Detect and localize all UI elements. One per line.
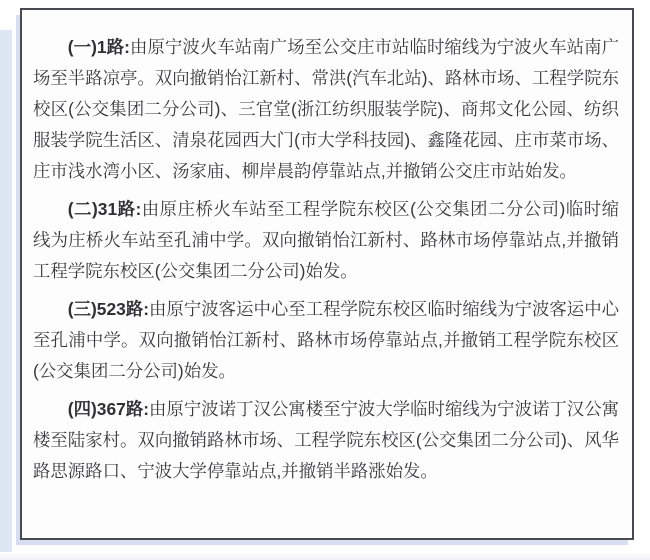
notice-box: (一)1路:由原宁波火车站南广场至公交庄市站临时缩线为宁波火车站南广场至半路凉亭… bbox=[20, 8, 634, 540]
route-1-body: 由原宁波火车站南广场至公交庄市站临时缩线为宁波火车站南广场至半路凉亭。双向撤销怡… bbox=[33, 37, 619, 181]
route-523-label: (三)523路: bbox=[68, 299, 149, 319]
bottom-edge-strip bbox=[0, 552, 650, 560]
document-page: (一)1路:由原宁波火车站南广场至公交庄市站临时缩线为宁波火车站南广场至半路凉亭… bbox=[0, 0, 650, 560]
route-paragraph-523: (三)523路:由原宁波客运中心至工程学院东校区临时缩线为宁波客运中心至孔浦中学… bbox=[33, 294, 619, 387]
left-edge-strip bbox=[0, 30, 12, 560]
route-367-label: (四)367路: bbox=[68, 399, 149, 419]
route-paragraph-1: (一)1路:由原宁波火车站南广场至公交庄市站临时缩线为宁波火车站南广场至半路凉亭… bbox=[33, 32, 619, 187]
route-paragraph-31: (二)31路:由原庄桥火车站至工程学院东校区(公交集团二分公司)临时缩线为庄桥火… bbox=[33, 194, 619, 287]
route-paragraph-367: (四)367路:由原宁波诺丁汉公寓楼至宁波大学临时缩线为宁波诺丁汉公寓楼至陆家村… bbox=[33, 394, 619, 487]
route-31-label: (二)31路: bbox=[68, 199, 142, 219]
route-1-label: (一)1路: bbox=[68, 37, 130, 57]
